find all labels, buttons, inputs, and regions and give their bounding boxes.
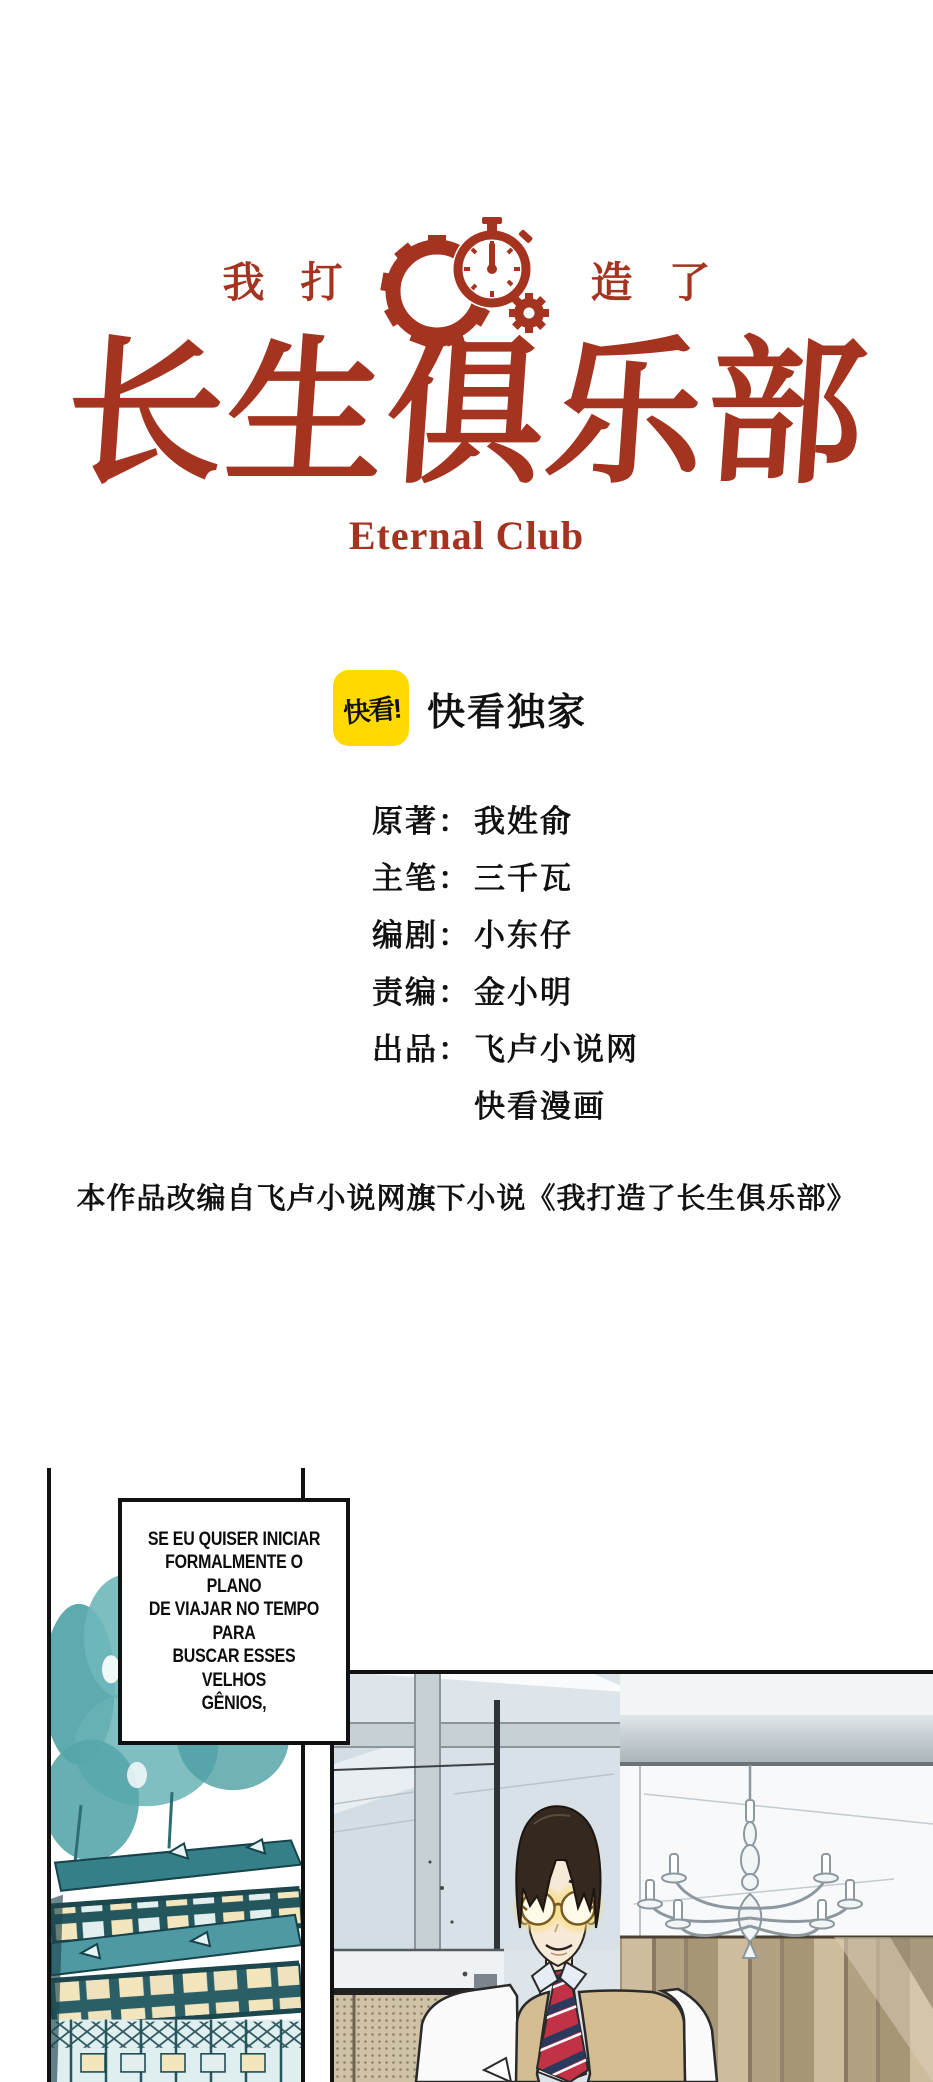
credit-row-original-author: 原著： 我姓俞 — [372, 790, 639, 847]
logo-subtitle: Eternal Club — [0, 512, 933, 559]
credit-label: 原著： — [372, 796, 474, 841]
speech-bubble: SE EU QUISER INICIAR FORMALMENTE O PLANO… — [118, 1498, 350, 1745]
credit-value: 小东仔 — [474, 910, 573, 955]
bubble-line: GÊNIOS, — [140, 1692, 328, 1716]
logo-char-zao: 造 — [591, 262, 633, 304]
bubble-line: FORMALMENTE O PLANO — [140, 1551, 328, 1598]
publisher-label: 快看独家 — [427, 681, 587, 736]
credit-row-producer: 出品： 飞卢小说网 — [372, 1018, 639, 1075]
kuaikan-badge-text: 快看! — [341, 686, 401, 730]
credit-value: 飞卢小说网 — [474, 1024, 639, 1069]
logo-main-title: 长生俱乐部 — [0, 322, 933, 507]
bubble-line: SE EU QUISER INICIAR — [140, 1528, 328, 1552]
bubble-line: BUSCAR ESSES VELHOS — [140, 1645, 328, 1692]
credit-value: 三千瓦 — [474, 853, 573, 898]
credit-row-screenwriter: 编剧： 小东仔 — [372, 904, 639, 961]
credit-label: 出品： — [372, 1024, 474, 1069]
interior-illustration — [334, 1674, 933, 2082]
speech-bubble-text: SE EU QUISER INICIAR FORMALMENTE O PLANO… — [140, 1528, 328, 1716]
credits-list: 原著： 我姓俞 主笔： 三千瓦 编剧： 小东仔 责编： 金小明 出品： 飞卢小说… — [372, 790, 639, 1132]
ceiling-beam — [620, 1674, 933, 1937]
credit-row-producer-2: 快看漫画 — [372, 1075, 639, 1132]
adaptation-note: 本作品改编自飞卢小说网旗下小说《我打造了长生俱乐部》 — [0, 1176, 933, 1217]
credit-label: 责编： — [372, 967, 474, 1012]
kuaikan-badge-icon: 快看! — [333, 670, 409, 746]
logo-char-wo: 我 — [222, 262, 264, 304]
credit-value: 金小明 — [474, 967, 573, 1012]
credit-row-lead-artist: 主笔： 三千瓦 — [372, 847, 639, 904]
credit-label: 编剧： — [372, 910, 474, 955]
credit-row-editor: 责编： 金小明 — [372, 961, 639, 1018]
logo-char-da: 打 — [300, 262, 342, 304]
credit-value: 快看漫画 — [474, 1081, 606, 1126]
comic-page: 我 打 — [0, 0, 933, 2082]
credit-label: 主笔： — [372, 853, 474, 898]
logo-char-le: 了 — [669, 262, 711, 304]
publisher-row: 快看! 快看独家 — [333, 670, 587, 746]
right-panel-interior-scene — [330, 1670, 933, 2082]
credit-value: 我姓俞 — [474, 796, 573, 841]
bubble-line: DE VIAJAR NO TEMPO PARA — [140, 1598, 328, 1645]
